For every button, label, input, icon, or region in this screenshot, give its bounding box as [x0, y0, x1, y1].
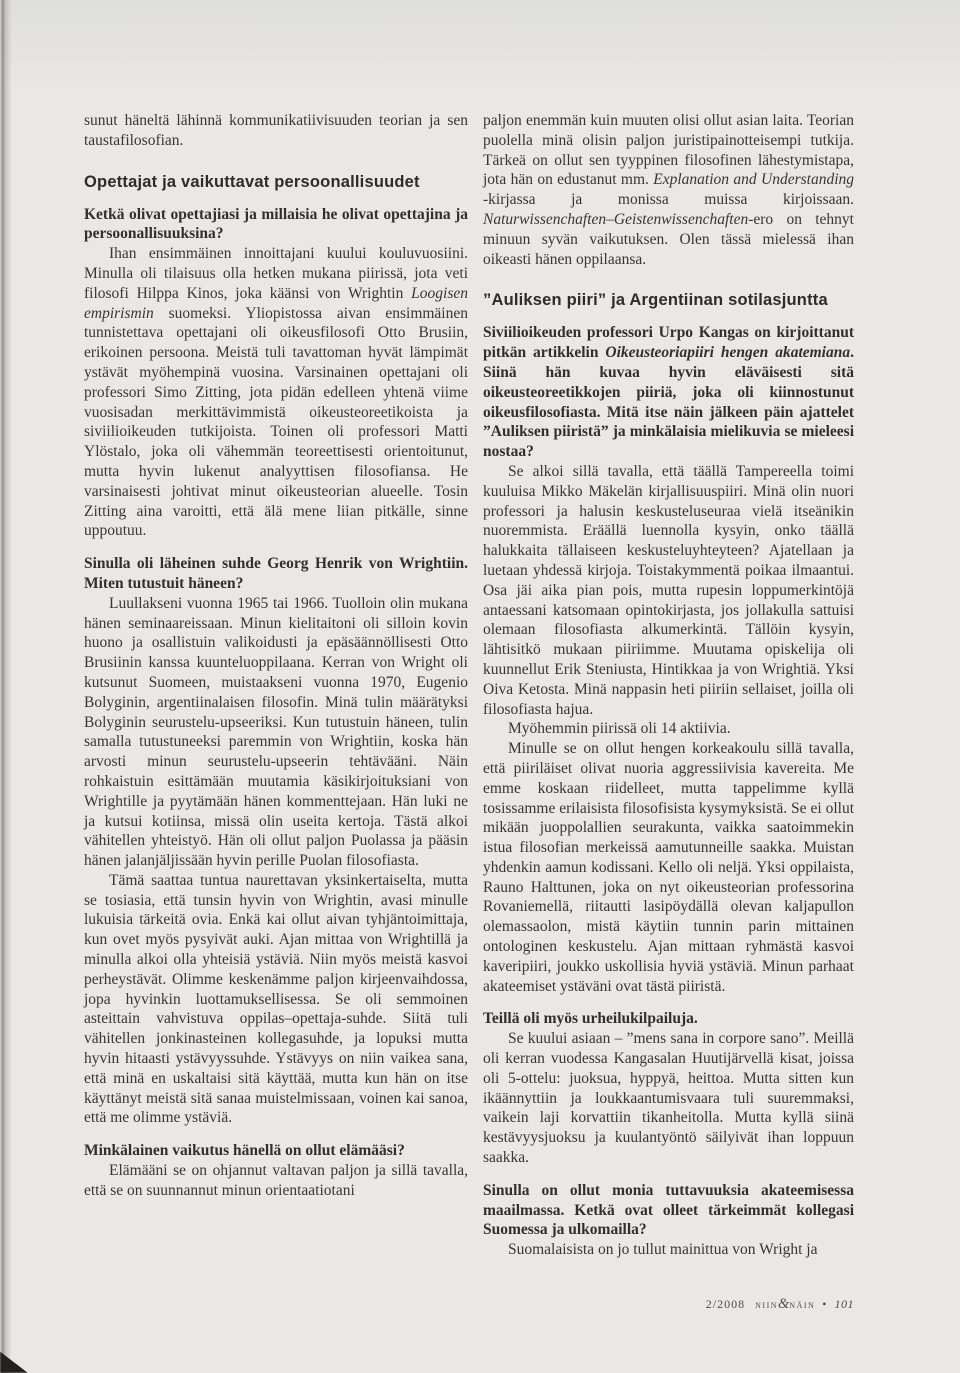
- body-paragraph: Myöhemmin piirissä oli 14 aktiivia.: [483, 719, 854, 739]
- footer-journal-name-part1: niin: [755, 1297, 778, 1311]
- text-run: Luullakseni vuonna 1965 tai 1966. Tuollo…: [84, 595, 468, 869]
- page-edge-shadow: [0, 0, 12, 1373]
- interview-question: Ketkä olivat opettajiasi ja millaisia he…: [84, 205, 468, 245]
- text-run: Suomalaisista on jo tullut mainittua von…: [508, 1241, 818, 1258]
- text-run: Minkälainen vaikutus hänellä on ollut el…: [84, 1142, 405, 1159]
- italic-text-run: Naturwissenchaften–Geistenwissenchaften: [483, 211, 748, 228]
- text-run: Opettajat ja vaikuttavat persoonallisuud…: [84, 173, 420, 191]
- interview-question: Siviilioikeuden professori Urpo Kangas o…: [483, 323, 854, 462]
- scanned-journal-page: { "page": { "background_color": "#e9e8e5…: [0, 0, 960, 1373]
- text-run: Ketkä olivat opettajiasi ja millaisia he…: [84, 206, 468, 243]
- page-footer: 2/2008 niin&näin • 101: [483, 1297, 854, 1311]
- text-run: ”Auliksen piiri” ja Argentiinan sotilasj…: [483, 291, 828, 309]
- body-paragraph: paljon enemmän kuin muuten olisi ollut a…: [483, 111, 854, 269]
- right-column: paljon enemmän kuin muuten olisi ollut a…: [483, 111, 854, 1260]
- section-heading: ”Auliksen piiri” ja Argentiinan sotilasj…: [483, 290, 854, 310]
- body-paragraph: Se kuului asiaan – ”mens sana in corpore…: [483, 1029, 854, 1168]
- body-paragraph: Tämä saattaa tuntua naurettavan yksinker…: [84, 871, 468, 1128]
- body-paragraph: Ihan ensimmäinen innoittajani kuului kou…: [84, 244, 468, 541]
- text-run: Myöhemmin piirissä oli 14 aktiivia.: [508, 720, 731, 737]
- text-run: . Siinä hän kuvaa hyvin eläväisesti sitä…: [483, 344, 854, 460]
- body-paragraph: Minulle se on ollut hengen korkeakoulu s…: [483, 739, 854, 996]
- footer-journal-name-part2: näin: [789, 1297, 815, 1311]
- text-run: Sinulla oli läheinen suhde Georg Henrik …: [84, 555, 468, 592]
- footer-bullet-icon: •: [822, 1297, 827, 1311]
- interview-question: Sinulla on ollut monia tuttavuuksia akat…: [483, 1181, 854, 1240]
- text-run: Elämääni se on ohjannut valtavan paljon …: [84, 1162, 468, 1199]
- body-paragraph: Suomalaisista on jo tullut mainittua von…: [483, 1240, 854, 1260]
- text-run: Teillä oli myös urheilukilpailuja.: [483, 1010, 698, 1027]
- text-run: Tämä saattaa tuntua naurettavan yksinker…: [84, 872, 468, 1127]
- body-paragraph: Luullakseni vuonna 1965 tai 1966. Tuollo…: [84, 594, 468, 871]
- text-run: -kirjassa ja monissa muissa kirjoissaan.: [483, 191, 854, 208]
- body-paragraph: Elämääni se on ohjannut valtavan paljon …: [84, 1161, 468, 1201]
- interview-question: Minkälainen vaikutus hänellä on ollut el…: [84, 1141, 468, 1161]
- text-run: sunut häneltä lähinnä kommunikatiivisuud…: [84, 112, 468, 149]
- footer-ampersand-icon: &: [778, 1296, 789, 1312]
- text-run: Sinulla on ollut monia tuttavuuksia akat…: [483, 1182, 854, 1239]
- footer-page-number: 101: [835, 1297, 855, 1311]
- text-run: Minulle se on ollut hengen korkeakoulu s…: [483, 740, 854, 995]
- body-paragraph: Se alkoi sillä tavalla, että täällä Tamp…: [483, 462, 854, 719]
- left-column: sunut häneltä lähinnä kommunikatiivisuud…: [84, 111, 468, 1201]
- text-run: suomeksi. Yliopistossa aivan ensimmäinen…: [84, 305, 468, 540]
- text-run: Se alkoi sillä tavalla, että täällä Tamp…: [483, 463, 854, 718]
- body-paragraph: sunut häneltä lähinnä kommunikatiivisuud…: [84, 111, 468, 151]
- interview-question: Teillä oli myös urheilukilpailuja.: [483, 1009, 854, 1029]
- interview-question: Sinulla oli läheinen suhde Georg Henrik …: [84, 554, 468, 594]
- italic-text-run: Oikeusteoriapiiri hengen akatemiana: [605, 344, 850, 361]
- text-run: Se kuului asiaan – ”mens sana in corpore…: [483, 1030, 854, 1166]
- scan-top-shade: [0, 0, 960, 95]
- footer-issue: 2/2008: [706, 1297, 745, 1311]
- scan-corner-mark: [0, 1347, 28, 1373]
- italic-text-run: Explanation and Understanding: [653, 171, 854, 188]
- section-heading: Opettajat ja vaikuttavat persoonallisuud…: [84, 172, 468, 192]
